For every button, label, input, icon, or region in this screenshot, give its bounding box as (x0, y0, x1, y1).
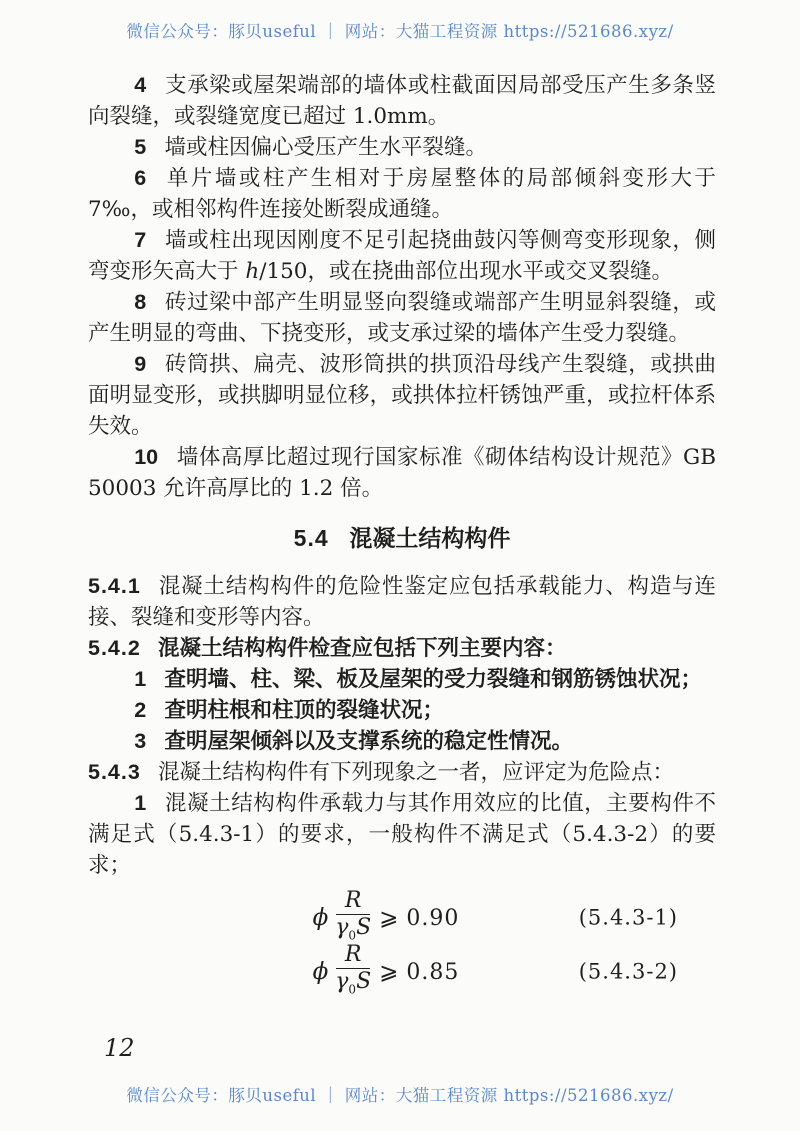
item-text: 砖过梁中部产生明显竖向裂缝或端部产生明显斜裂缝，或产生明显的弯曲、下挠变形，或支… (88, 290, 716, 346)
item-text: 砖筒拱、扁壳、波形筒拱的拱顶沿母线产生裂缝，或拱曲面明显变形，或拱脚明显位移，或… (88, 352, 716, 439)
item-number: 3 (134, 729, 146, 753)
phi-symbol: ϕ (313, 957, 329, 988)
item-number: 1 (134, 791, 146, 815)
formula-block: ϕ R γ0S ⩾ 0.90 (5.4.3-1) ϕ R γ0S (88, 891, 716, 999)
formula-expression: ϕ R γ0S ⩾ 0.90 (313, 889, 460, 947)
item-text: 混凝土结构构件承载力与其作用效应的比值，主要构件不满足式（5.4.3-1）的要求… (88, 791, 716, 878)
clause-5-4-3: 5.4.3混凝土结构构件有下列现象之一者，应评定为危险点： (88, 757, 716, 788)
danger-item-1: 1混凝土结构构件承载力与其作用效应的比值，主要构件不满足式（5.4.3-1）的要… (88, 788, 716, 881)
item-text: 查明柱根和柱顶的裂缝状况； (164, 698, 444, 722)
list-item-7: 7墙或柱出现因刚度不足引起挠曲鼓闪等侧弯变形现象，侧弯变形矢高大于 h/150，… (88, 225, 716, 287)
gamma-symbol: γ (335, 969, 348, 994)
item-text: /150，或在挠曲部位出现水平或交叉裂缝。 (259, 259, 673, 284)
s-symbol: S (356, 969, 371, 994)
document-body: 4支承梁或屋架端部的墙体或柱截面因局部受压产生多条竖向裂缝，或裂缝宽度已超过 1… (88, 70, 716, 999)
fraction-denominator: γ0S (335, 969, 371, 1001)
item-text: 查明墙、柱、梁、板及屋架的受力裂缝和钢筋锈蚀状况； (164, 667, 702, 691)
item-number: 1 (134, 667, 146, 691)
item-number: 10 (134, 445, 158, 469)
section-number: 5.4 (294, 525, 329, 551)
gamma-symbol: γ (335, 915, 348, 940)
section-title: 混凝土结构构件 (349, 525, 510, 551)
phi-symbol: ϕ (313, 903, 329, 934)
math-variable-h: h (245, 259, 259, 284)
item-number: 6 (134, 166, 146, 190)
item-number: 2 (134, 698, 146, 722)
clause-5-4-1: 5.4.1混凝土结构构件的危险性鉴定应包括承载能力、构造与连接、裂缝和变形等内容… (88, 571, 716, 633)
item-text: 查明屋架倾斜以及支撑系统的稳定性情况。 (164, 729, 573, 753)
item-text: 墙体高厚比超过现行国家标准《砌体结构设计规范》GB 50003 允许高厚比的 1… (88, 445, 716, 501)
item-text: 单片墙或柱产生相对于房屋整体的局部倾斜变形大于7‰，或相邻构件连接处断裂成通缝。 (88, 166, 716, 222)
equation-label: (5.4.3-1) (579, 903, 678, 934)
formula-value: 0.85 (406, 957, 459, 988)
list-item-9: 9砖筒拱、扁壳、波形筒拱的拱顶沿母线产生裂缝，或拱曲面明显变形，或拱脚明显位移，… (88, 349, 716, 442)
item-number: 5 (134, 135, 146, 159)
formula-5-4-3-2: ϕ R γ0S ⩾ 0.85 (5.4.3-2) (88, 945, 716, 999)
clause-text: 混凝土结构构件有下列现象之一者，应评定为危险点： (158, 760, 674, 785)
check-item-1: 1查明墙、柱、梁、板及屋架的受力裂缝和钢筋锈蚀状况； (88, 664, 716, 695)
item-text: 支承梁或屋架端部的墙体或柱截面因局部受压产生多条竖向裂缝，或裂缝宽度已超过 1.… (88, 73, 716, 129)
item-number: 8 (134, 290, 146, 314)
item-number: 7 (134, 228, 146, 252)
fraction-numerator: R (336, 943, 371, 969)
list-item-8: 8砖过梁中部产生明显竖向裂缝或端部产生明显斜裂缝，或产生明显的弯曲、下挠变形，或… (88, 287, 716, 349)
formula-5-4-3-1: ϕ R γ0S ⩾ 0.90 (5.4.3-1) (88, 891, 716, 945)
header-watermark: 微信公众号：豚贝useful ｜ 网站：大猫工程资源 https://52168… (0, 18, 800, 42)
check-item-3: 3查明屋架倾斜以及支撑系统的稳定性情况。 (88, 726, 716, 757)
list-item-5: 5墙或柱因偏心受压产生水平裂缝。 (88, 132, 716, 163)
fraction: R γ0S (335, 889, 371, 947)
item-text: 墙或柱因偏心受压产生水平裂缝。 (164, 135, 487, 160)
equation-label: (5.4.3-2) (579, 957, 678, 988)
list-item-6: 6单片墙或柱产生相对于房屋整体的局部倾斜变形大于7‰，或相邻构件连接处断裂成通缝… (88, 163, 716, 225)
fraction: R γ0S (335, 943, 371, 1001)
document-page: 微信公众号：豚贝useful ｜ 网站：大猫工程资源 https://52168… (0, 0, 800, 1131)
formula-value: 0.90 (406, 903, 459, 934)
list-item-10: 10墙体高厚比超过现行国家标准《砌体结构设计规范》GB 50003 允许高厚比的… (88, 442, 716, 504)
check-item-2: 2查明柱根和柱顶的裂缝状况； (88, 695, 716, 726)
section-heading: 5.4混凝土结构构件 (88, 520, 716, 556)
fraction-numerator: R (336, 889, 371, 915)
s-symbol: S (356, 915, 371, 940)
list-item-4: 4支承梁或屋架端部的墙体或柱截面因局部受压产生多条竖向裂缝，或裂缝宽度已超过 1… (88, 70, 716, 132)
formula-expression: ϕ R γ0S ⩾ 0.85 (313, 943, 460, 1001)
clause-number: 5.4.1 (88, 574, 141, 598)
clause-text: 混凝土结构构件检查应包括下列主要内容： (158, 636, 567, 660)
footer-watermark: 微信公众号：豚贝useful ｜ 网站：大猫工程资源 https://52168… (0, 1082, 800, 1106)
clause-text: 混凝土结构构件的危险性鉴定应包括承载能力、构造与连接、裂缝和变形等内容。 (88, 574, 716, 630)
clause-number: 5.4.2 (88, 636, 141, 660)
page-number: 12 (104, 1034, 135, 1062)
relation-symbol: ⩾ (379, 957, 398, 988)
clause-number: 5.4.3 (88, 760, 141, 784)
relation-symbol: ⩾ (379, 903, 398, 934)
item-number: 4 (134, 73, 146, 97)
clause-5-4-2: 5.4.2混凝土结构构件检查应包括下列主要内容： (88, 633, 716, 664)
item-number: 9 (134, 352, 146, 376)
